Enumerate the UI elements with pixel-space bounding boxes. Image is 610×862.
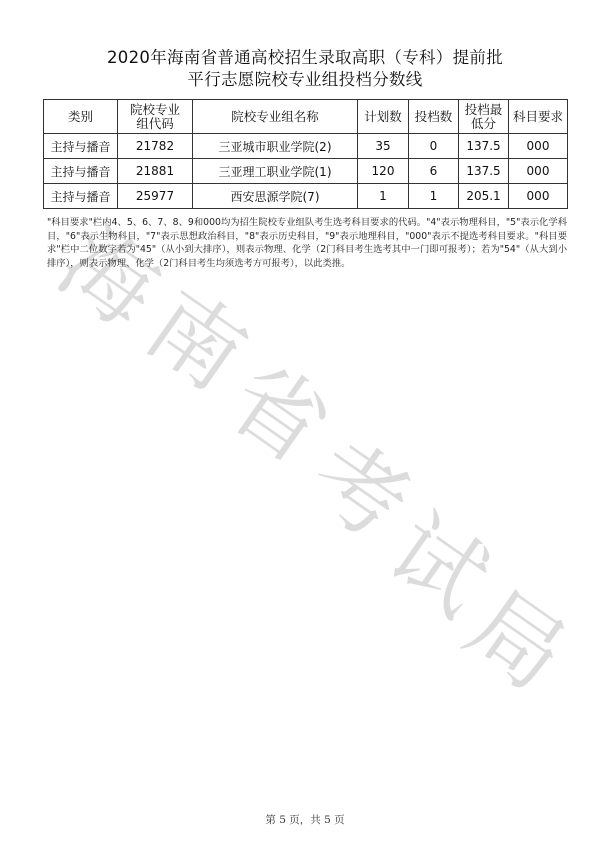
- header-category: 类别: [44, 100, 118, 134]
- cell-min-score: 137.5: [459, 134, 509, 159]
- cell-category: 主持与播音: [44, 184, 118, 209]
- cell-group-code: 21881: [118, 159, 193, 184]
- table-row: 主持与播音 21782 三亚城市职业学院(2) 35 0 137.5 000: [44, 134, 568, 159]
- cell-group-name: 三亚城市职业学院(2): [193, 134, 358, 159]
- cell-category: 主持与播音: [44, 159, 118, 184]
- cell-group-code: 21782: [118, 134, 193, 159]
- cell-subject-req: 000: [509, 184, 568, 209]
- cell-group-name: 三亚理工职业学院(1): [193, 159, 358, 184]
- title-line-1: 2020年海南省普通高校招生录取高职（专科）提前批: [0, 47, 610, 69]
- cell-admit-count: 0: [409, 134, 459, 159]
- title-line-2: 平行志愿院校专业组投档分数线: [0, 69, 610, 91]
- watermark-char: 局: [452, 577, 580, 705]
- cell-min-score: 137.5: [459, 159, 509, 184]
- table-row: 主持与播音 21881 三亚理工职业学院(1) 120 6 137.5 000: [44, 159, 568, 184]
- notes-paragraph: "科目要求"栏内4、5、6、7、8、9和000均为招生院校专业组队考生选考科目要…: [47, 216, 567, 270]
- table-header-row: 类别 院校专业 组代码 院校专业组名称 计划数 投档数 投档最 低分 科目要求: [44, 100, 568, 134]
- score-table: 类别 院校专业 组代码 院校专业组名称 计划数 投档数 投档最 低分 科目要求 …: [43, 99, 568, 209]
- header-admit-count: 投档数: [409, 100, 459, 134]
- cell-category: 主持与播音: [44, 134, 118, 159]
- cell-plan-count: 35: [358, 134, 409, 159]
- header-group-name: 院校专业组名称: [193, 100, 358, 134]
- cell-admit-count: 6: [409, 159, 459, 184]
- cell-plan-count: 120: [358, 159, 409, 184]
- header-plan-count: 计划数: [358, 100, 409, 134]
- page-number: 第 5 页，共 5 页: [0, 812, 610, 827]
- header-subject-req: 科目要求: [509, 100, 568, 134]
- table-row: 主持与播音 25977 西安思源学院(7) 1 1 205.1 000: [44, 184, 568, 209]
- header-group-code: 院校专业 组代码: [118, 100, 193, 134]
- watermark-char: 南: [132, 277, 260, 405]
- cell-admit-count: 1: [409, 184, 459, 209]
- cell-plan-count: 1: [358, 184, 409, 209]
- watermark-char: 省: [214, 350, 342, 478]
- cell-subject-req: 000: [509, 134, 568, 159]
- watermark-char: 考: [295, 427, 423, 555]
- cell-group-code: 25977: [118, 184, 193, 209]
- page-title: 2020年海南省普通高校招生录取高职（专科）提前批 平行志愿院校专业组投档分数线: [0, 47, 610, 91]
- cell-group-name: 西安思源学院(7): [193, 184, 358, 209]
- header-min-score: 投档最 低分: [459, 100, 509, 134]
- cell-min-score: 205.1: [459, 184, 509, 209]
- watermark-char: 试: [374, 502, 502, 630]
- cell-subject-req: 000: [509, 159, 568, 184]
